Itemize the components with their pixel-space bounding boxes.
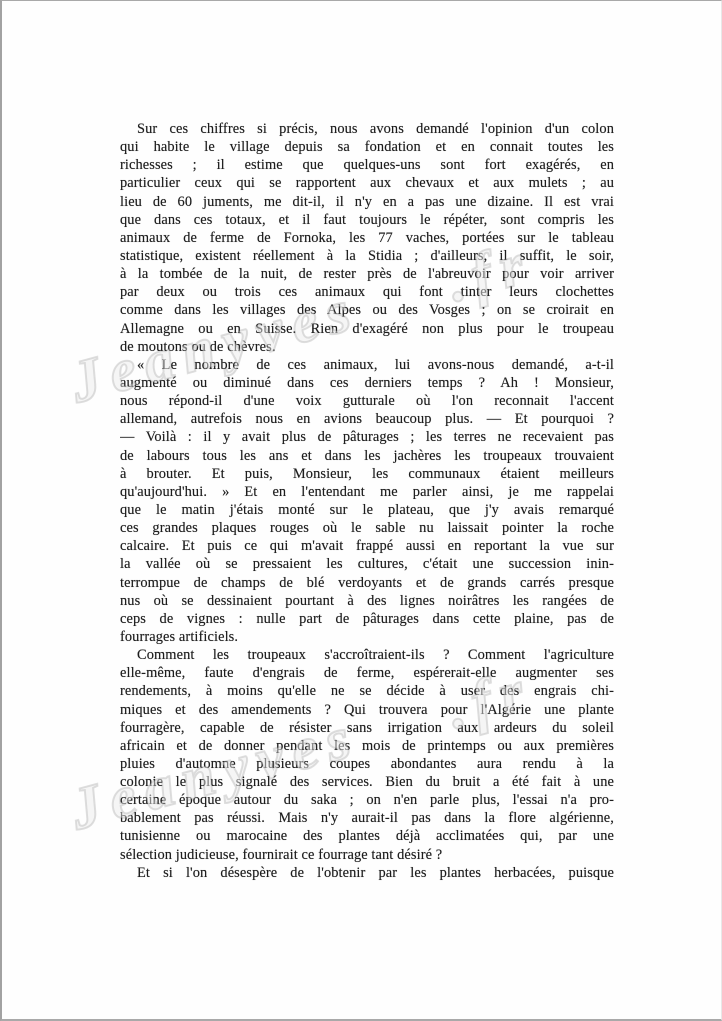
text-line: nous répond-il d'une voix gutturale où l…: [120, 392, 614, 410]
text-line: allemand, autrefois nous en avions beauc…: [120, 410, 614, 428]
text-line: rendements, à moins qu'elle ne se décide…: [120, 682, 614, 700]
text-line: « Le nombre de ces animaux, lui avons-no…: [120, 356, 614, 374]
text-line: comme dans les villages des Alpes ou des…: [120, 301, 614, 319]
paragraph: Et si l'on désespère de l'obtenir par le…: [120, 864, 614, 882]
text-line: terrompue de champs de blé verdoyants et…: [120, 574, 614, 592]
text-line: statistique, existent réellement à la St…: [120, 247, 614, 265]
text-line: lieu de 60 juments, me dit-il, il n'y en…: [120, 193, 614, 211]
text-line: augmenté ou diminué dans ces derniers te…: [120, 374, 614, 392]
text-line: bablement pas réussi. Mais n'y aurait-il…: [120, 809, 614, 827]
text-line: — Voilà : il y avait plus de pâturages ;…: [120, 428, 614, 446]
text-line: à brouter. Et puis, Monsieur, les commun…: [120, 465, 614, 483]
text-line: Comment les troupeaux s'accroîtraient-il…: [120, 646, 614, 664]
text-line: à la tombée de la nuit, de rester près d…: [120, 265, 614, 283]
text-line: miques et des amendements ? Qui trouvera…: [120, 701, 614, 719]
text-line: richesses ; il estime que quelques-uns s…: [120, 156, 614, 174]
text-block: Sur ces chiffres si précis, nous avons d…: [120, 120, 614, 882]
text-line: Et si l'on désespère de l'obtenir par le…: [120, 864, 614, 882]
text-line: colonie le plus signalé des services. Bi…: [120, 773, 614, 791]
text-line: elle-même, faute d'engrais de ferme, esp…: [120, 664, 614, 682]
text-line: sélection judicieuse, fournirait ce four…: [120, 846, 614, 864]
text-line: la vallée où se pressaient les cultures,…: [120, 555, 614, 573]
text-line: qu'aujourd'hui. » Et en l'entendant me p…: [120, 483, 614, 501]
text-line: animaux de ferme de Fornoka, les 77 vach…: [120, 229, 614, 247]
text-line: calcaire. Et puis ce qui m'avait frappé …: [120, 537, 614, 555]
paragraph: Sur ces chiffres si précis, nous avons d…: [120, 120, 614, 356]
paragraph: Comment les troupeaux s'accroîtraient-il…: [120, 646, 614, 864]
text-line: que le matin j'étais monté sur le platea…: [120, 501, 614, 519]
text-line: particulier ceux qui se rapportent aux c…: [120, 174, 614, 192]
text-line: de labours tous les ans et dans les jach…: [120, 447, 614, 465]
text-line: par deux ou trois ces animaux qui font t…: [120, 283, 614, 301]
text-line: nus où se dessinaient pourtant à des lig…: [120, 592, 614, 610]
text-line: Allemagne ou en Suisse. Rien d'exagéré n…: [120, 320, 614, 338]
text-line: ceps de vignes : nulle part de pâturages…: [120, 610, 614, 628]
text-line: africain et de donner pendant les mois d…: [120, 737, 614, 755]
text-line: fourrages artificiels.: [120, 628, 614, 646]
text-line: Sur ces chiffres si précis, nous avons d…: [120, 120, 614, 138]
text-line: que dans ces totaux, et il faut toujours…: [120, 211, 614, 229]
text-line: ces grandes plaques rouges où le sable n…: [120, 519, 614, 537]
text-line: pluies d'automne plusieurs coupes abonda…: [120, 755, 614, 773]
text-line: certaine époque autour du saka ; on n'en…: [120, 791, 614, 809]
scanned-page: Jeanyves.fr Jeanyves.fr Sur ces chiffres…: [0, 0, 722, 1021]
paragraph: « Le nombre de ces animaux, lui avons-no…: [120, 356, 614, 646]
text-line: fourragère, capable de résister sans irr…: [120, 719, 614, 737]
text-line: de moutons ou de chèvres.: [120, 338, 614, 356]
text-line: tunisienne ou marocaine des plantes déjà…: [120, 827, 614, 845]
text-line: qui habite le village depuis sa fondatio…: [120, 138, 614, 156]
